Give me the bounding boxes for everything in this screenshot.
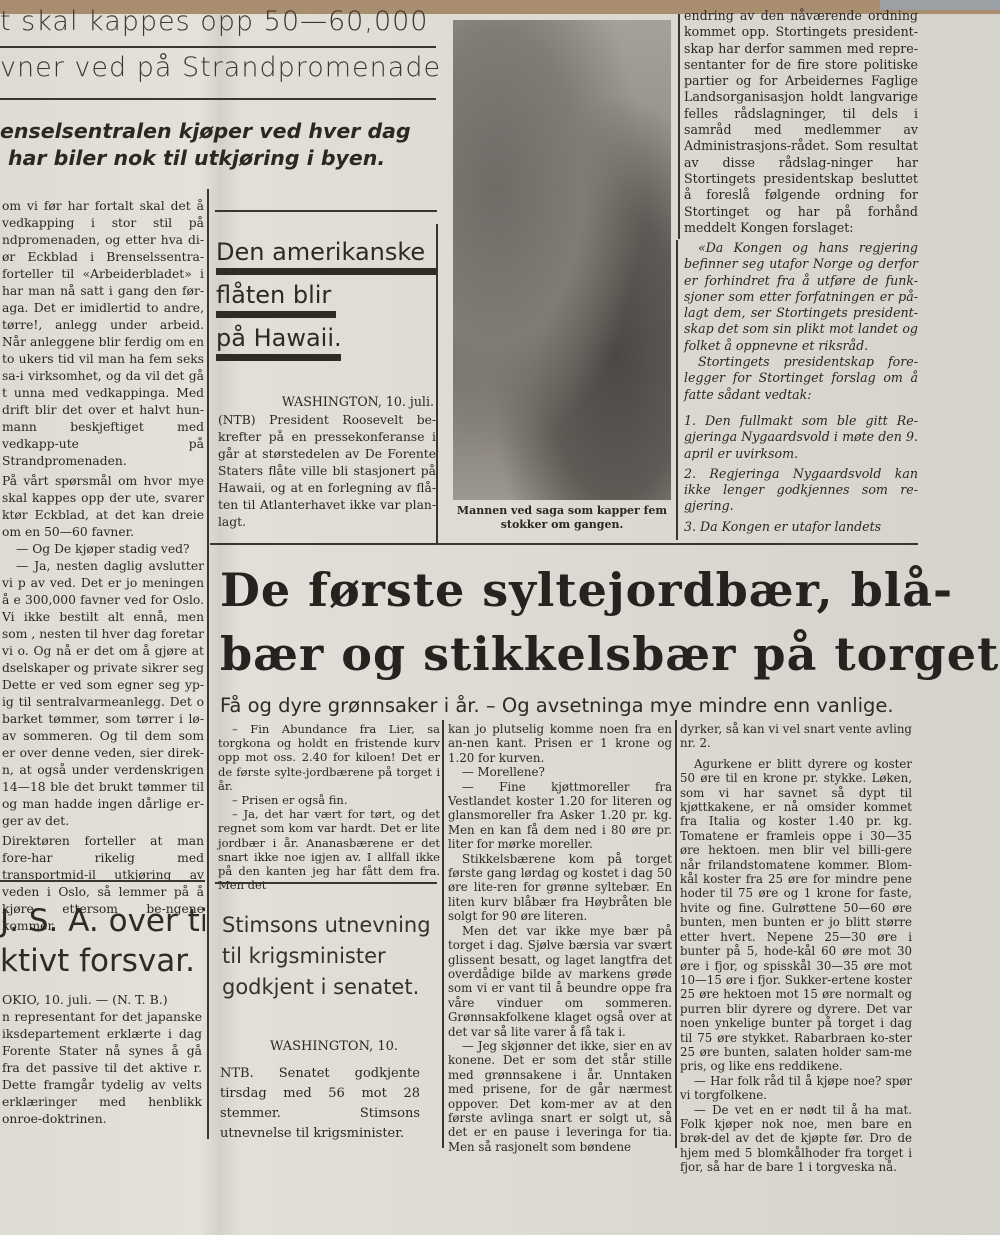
stimson-dateline: WASHINGTON, 10. [270, 1039, 398, 1054]
berries-column-1: – Fin Abundance fra Lier, sa torgkona og… [218, 722, 440, 892]
paragraph: — Og De kjøper stadig ved? [2, 541, 204, 558]
quote-paragraph: Stortingets presidentskap fore-legger fo… [684, 354, 918, 403]
headline-top-line1: t skal kappes opp 50—60,000 [0, 6, 440, 37]
paragraph: — Fine kjøttmoreller fra Vestlandet kost… [448, 780, 672, 852]
paragraph: – Prisen er også fin. [218, 793, 440, 807]
hawaii-dateline: WASHINGTON, 10. juli. [216, 394, 434, 409]
paragraph: På vårt spørsmål om hvor mye skal kappes… [2, 473, 204, 541]
column-rule [678, 14, 680, 239]
column-rule [207, 189, 209, 1139]
subheadline-line2: har biler nok til utkjøring i byen. [8, 145, 440, 172]
paragraph: — Morellene? [448, 765, 672, 779]
hawaii-headline-line: på Hawaii. [216, 324, 438, 352]
photo-caption: Mannen ved saga som kapper fem stokker o… [455, 504, 669, 532]
photo-sawmill [453, 20, 671, 500]
divider [0, 98, 436, 100]
divider [215, 882, 437, 884]
berries-headline-line1: De første syltejordbær, blå- [220, 555, 920, 625]
storting-quote: «Da Kongen og hans regjering befinner se… [684, 240, 918, 535]
paragraph: Stikkelsbærene kom på torget første gang… [448, 852, 672, 924]
newspaper-page: t skal kappes opp 50—60,000 vner ved på … [0, 14, 1000, 1235]
divider [0, 880, 205, 882]
paragraph: Agurkene er blitt dyrere og koster 50 ør… [680, 757, 912, 1074]
column-rule [675, 720, 677, 1148]
paragraph: kan jo plutselig komme noen fra en an-ne… [448, 722, 672, 765]
list-item: 1. Den fullmakt som ble gitt Re-gjeringa… [684, 413, 918, 462]
hawaii-body: (NTB) President Roosevelt be-krefter på … [218, 412, 436, 531]
usa-dateline: OKIO, 10. juli. — (N. T. B.) [2, 992, 168, 1007]
paragraph: om vi før har fortalt skal det å vedkapp… [2, 198, 204, 470]
berries-column-3: dyrker, så kan vi vel snart vente avling… [680, 722, 912, 1175]
divider [210, 543, 918, 545]
headline-bar [216, 354, 341, 361]
paragraph: – Ja, det har vært for tørt, og det regn… [218, 807, 440, 892]
divider [0, 46, 436, 48]
divider [215, 210, 437, 212]
berries-subheadline: Få og dyre grønnsaker i år. – Og avsetni… [220, 694, 920, 717]
hawaii-headline-line: Den amerikanske [216, 238, 438, 266]
quote-paragraph: «Da Kongen og hans regjering befinner se… [684, 240, 918, 354]
headline-top-line2: vner ved på Strandpromenaden. [0, 52, 440, 83]
subheadline-line1: enselsentralen kjøper ved hver dag [0, 118, 440, 145]
headline-bar [216, 268, 436, 275]
column-rule [676, 240, 678, 540]
stimson-headline-line: til krigsminister [222, 941, 440, 972]
paragraph: — Jeg skjønner det ikke, sier en av kone… [448, 1039, 672, 1154]
list-item: 2. Regjeringa Nygaardsvold kan ikke leng… [684, 466, 918, 515]
article-wood-body: om vi før har fortalt skal det å vedkapp… [2, 198, 204, 935]
storting-intro: endring av den nåværende ordning kommet … [684, 8, 918, 236]
paragraph: — De vet en er nødt til å ha mat. Folk k… [680, 1103, 912, 1175]
column-rule [436, 224, 438, 544]
usa-headline-line1: J. S. A. over til [0, 902, 205, 941]
list-item: 3. Da Kongen er utafor landets [684, 519, 918, 535]
paragraph: — Ja, nesten daglig avslutter vi p av ve… [2, 558, 204, 830]
berries-column-2: kan jo plutselig komme noen fra en an-ne… [448, 722, 672, 1154]
stimson-headline-line: Stimsons utnevning [222, 910, 440, 941]
paragraph: – Fin Abundance fra Lier, sa torgkona og… [218, 722, 440, 793]
paragraph: Men det var ikke mye bær på torget i dag… [448, 924, 672, 1039]
paragraph: — Har folk råd til å kjøpe noe? spør vi … [680, 1074, 912, 1103]
hawaii-headline: Den amerikanske flåten blir på Hawaii. [216, 238, 438, 367]
usa-headline-line2: ktivt forsvar. [0, 942, 205, 981]
stimson-headline-line: godkjent i senatet. [222, 972, 440, 1003]
berries-headline-line2: bær og stikkelsbær på torget [220, 619, 920, 689]
column-rule [442, 720, 444, 1148]
headline-bar [216, 311, 336, 318]
stimson-body: NTB. Senatet godkjente tirsdag med 56 mo… [220, 1064, 420, 1144]
paragraph: dyrker, så kan vi vel snart vente avling… [680, 722, 912, 751]
hawaii-headline-line: flåten blir [216, 281, 438, 309]
usa-body: n representant for det japanske iksdepar… [2, 1009, 202, 1128]
stimson-headline: Stimsons utnevning til krigsminister god… [222, 910, 440, 1003]
